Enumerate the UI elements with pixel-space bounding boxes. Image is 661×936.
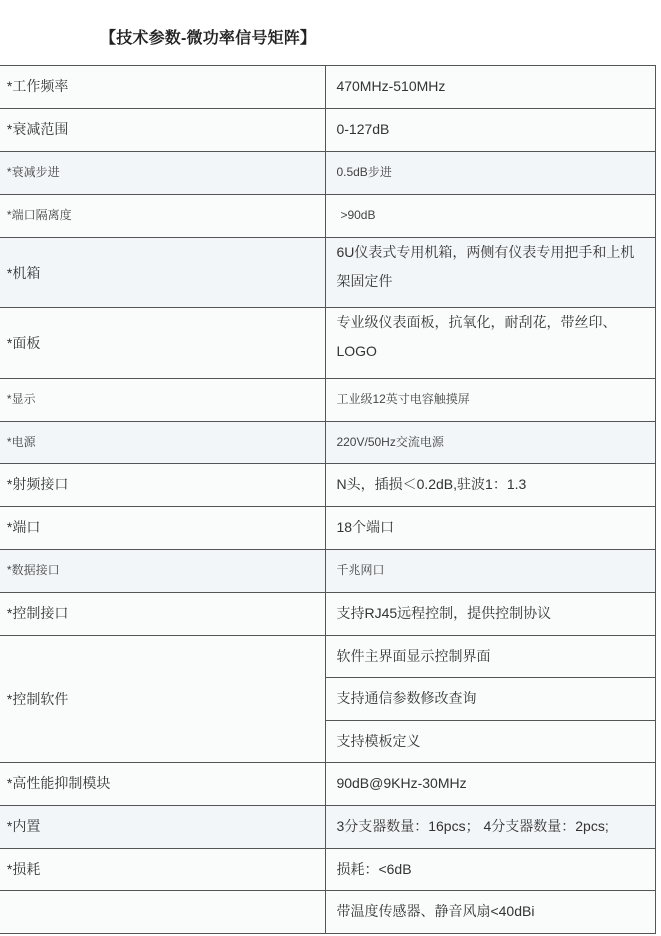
param-label: *机箱 [0, 238, 326, 308]
param-label: *端口 [0, 507, 326, 550]
param-value: 损耗：<6dB [326, 849, 656, 891]
table-row: *控制软件 软件主界面显示控制界面 [0, 636, 656, 678]
table-row: *数据接口 千兆网口 [0, 550, 656, 593]
param-label: *损耗 [0, 849, 326, 891]
param-label: *工作频率 [0, 66, 326, 109]
table-row: *控制接口 支持RJ45远程控制，提供控制协议 [0, 593, 656, 636]
param-label: *高性能抑制模块 [0, 763, 326, 806]
param-value: N头，插损＜0.2dB,驻波1：1.3 [326, 464, 656, 507]
param-label: *衰减步进 [0, 152, 326, 195]
param-value: 工业级12英寸电容触摸屏 [326, 379, 656, 422]
param-value: 90dB@9KHz-30MHz [326, 763, 656, 806]
table-row: *面板 专业级仪表面板，抗氧化，耐刮花，带丝印、LOGO [0, 308, 656, 379]
table-row: *衰减步进 0.5dB步进 [0, 152, 656, 195]
param-label: *控制接口 [0, 593, 326, 636]
table-row: *工作频率 470MHz-510MHz [0, 66, 656, 109]
param-value: 220V/50Hz交流电源 [326, 422, 656, 464]
table-row: *衰减范围 0-127dB [0, 109, 656, 152]
param-value: 470MHz-510MHz [326, 66, 656, 109]
param-value: 0-127dB [326, 109, 656, 152]
param-label: *显示 [0, 379, 326, 422]
table-row: 带温度传感器、静音风扇<40dBi [0, 891, 656, 934]
table-row: *端口隔离度 >90dB [0, 195, 656, 238]
param-value: 支持RJ45远程控制，提供控制协议 [326, 593, 656, 636]
param-label: *内置 [0, 806, 326, 849]
page-title: 【技术参数-微功率信号矩阵】 [100, 25, 316, 48]
param-label: *面板 [0, 308, 326, 379]
param-value: 支持模板定义 [326, 721, 656, 763]
table-row: *内置 3分支器数量：16pcs； 4分支器数量：2pcs; [0, 806, 656, 849]
spec-table: *工作频率 470MHz-510MHz *衰减范围 0-127dB *衰减步进 … [0, 65, 656, 934]
param-value: 专业级仪表面板，抗氧化，耐刮花，带丝印、LOGO [326, 308, 656, 379]
param-value: 带温度传感器、静音风扇<40dBi [326, 891, 656, 934]
param-label: *端口隔离度 [0, 195, 326, 238]
param-label [0, 891, 326, 934]
param-label: *电源 [0, 422, 326, 464]
param-label: *控制软件 [0, 636, 326, 763]
table-row: *高性能抑制模块 90dB@9KHz-30MHz [0, 763, 656, 806]
table-row: *机箱 6U仪表式专用机箱，两侧有仪表专用把手和上机架固定件 [0, 238, 656, 308]
table-row: *显示 工业级12英寸电容触摸屏 [0, 379, 656, 422]
param-label: *衰减范围 [0, 109, 326, 152]
table-row: *电源 220V/50Hz交流电源 [0, 422, 656, 464]
table-row: *端口 18个端口 [0, 507, 656, 550]
param-value: 0.5dB步进 [326, 152, 656, 195]
param-value: 千兆网口 [326, 550, 656, 593]
param-value: 6U仪表式专用机箱，两侧有仪表专用把手和上机架固定件 [326, 238, 656, 308]
table-row: *射频接口 N头，插损＜0.2dB,驻波1：1.3 [0, 464, 656, 507]
param-value: >90dB [326, 195, 656, 238]
table-row: *损耗 损耗：<6dB [0, 849, 656, 891]
param-value: 支持通信参数修改查询 [326, 678, 656, 721]
param-value: 3分支器数量：16pcs； 4分支器数量：2pcs; [326, 806, 656, 849]
param-label: *射频接口 [0, 464, 326, 507]
param-label: *数据接口 [0, 550, 326, 593]
param-value: 18个端口 [326, 507, 656, 550]
param-value: 软件主界面显示控制界面 [326, 636, 656, 678]
